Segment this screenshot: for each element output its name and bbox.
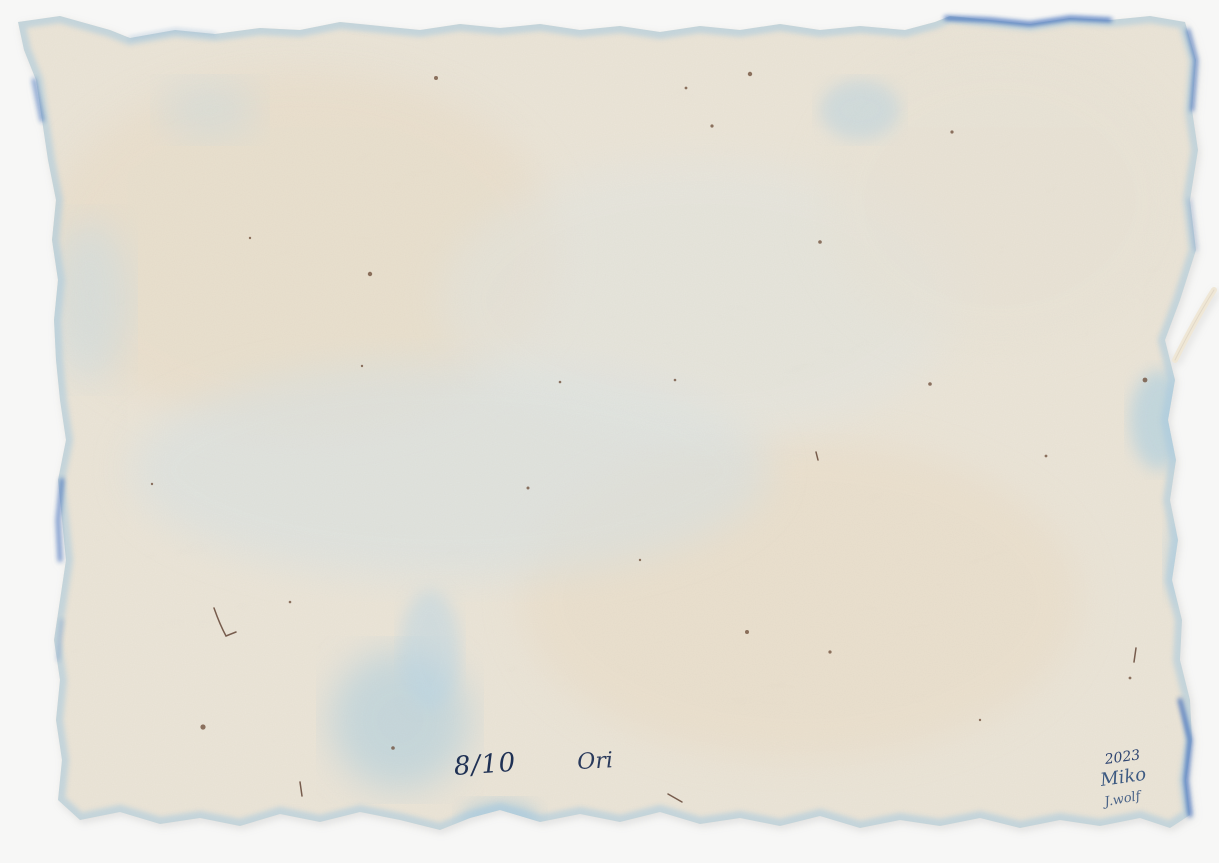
paper-sheet bbox=[0, 0, 1219, 863]
paper-texture bbox=[0, 0, 1219, 863]
photo-stage: 8/10 Ori 2023 Miko J.wolf bbox=[0, 0, 1219, 863]
artwork-title: Ori bbox=[577, 748, 614, 775]
edition-number: 8/10 bbox=[453, 748, 517, 782]
